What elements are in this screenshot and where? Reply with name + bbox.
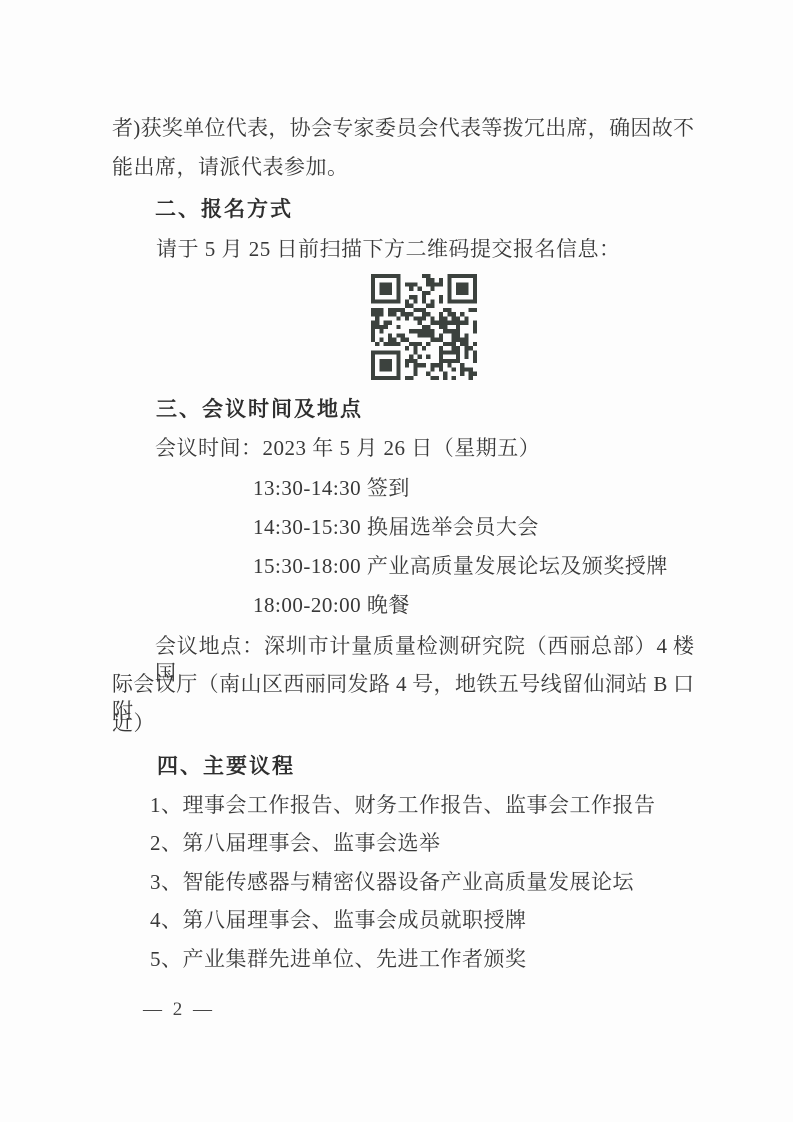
qr-code-image	[371, 274, 477, 380]
agenda-item: 5、产业集群先进单位、先进工作者颁奖	[150, 946, 527, 973]
agenda-item: 4、第八届理事会、监事会成员就职授牌	[150, 907, 527, 934]
schedule-item: 15:30-18:00 产业高质量发展论坛及颁奖授牌	[253, 553, 668, 580]
agenda-item: 3、智能传感器与精密仪器设备产业高质量发展论坛	[150, 869, 634, 896]
section-agenda-heading: 四、主要议程	[157, 753, 295, 780]
intro-line-2: 能出席，请派代表参加。	[112, 154, 349, 181]
agenda-item: 1、理事会工作报告、财务工作报告、监事会工作报告	[150, 792, 656, 819]
intro-line-1: 者)获奖单位代表，协会专家委员会代表等拨冗出席，确因故不	[112, 115, 694, 142]
schedule-item: 13:30-14:30 签到	[253, 475, 410, 502]
registration-qr-code	[371, 274, 477, 380]
meeting-time-line: 会议时间：2023 年 5 月 26 日（星期五）	[155, 435, 540, 462]
section-time-location-heading: 三、会议时间及地点	[156, 396, 363, 423]
meeting-location-line-2: 际会议厅（南山区西丽同发路 4 号，地铁五号线留仙洞站 B 口附	[112, 671, 694, 725]
schedule-item: 18:00-20:00 晚餐	[253, 592, 410, 619]
agenda-item: 2、第八届理事会、监事会选举	[150, 830, 441, 857]
meeting-location-line-3: 近）	[112, 710, 155, 737]
schedule-item: 14:30-15:30 换届选举会员大会	[253, 514, 539, 541]
section-registration-heading: 二、报名方式	[155, 196, 293, 223]
document-page: 者)获奖单位代表，协会专家委员会代表等拨冗出席，确因故不 能出席，请派代表参加。…	[0, 0, 793, 1122]
page-number: — 2 —	[143, 996, 215, 1023]
section-registration-body: 请于 5 月 25 日前扫描下方二维码提交报名信息：	[156, 236, 621, 263]
